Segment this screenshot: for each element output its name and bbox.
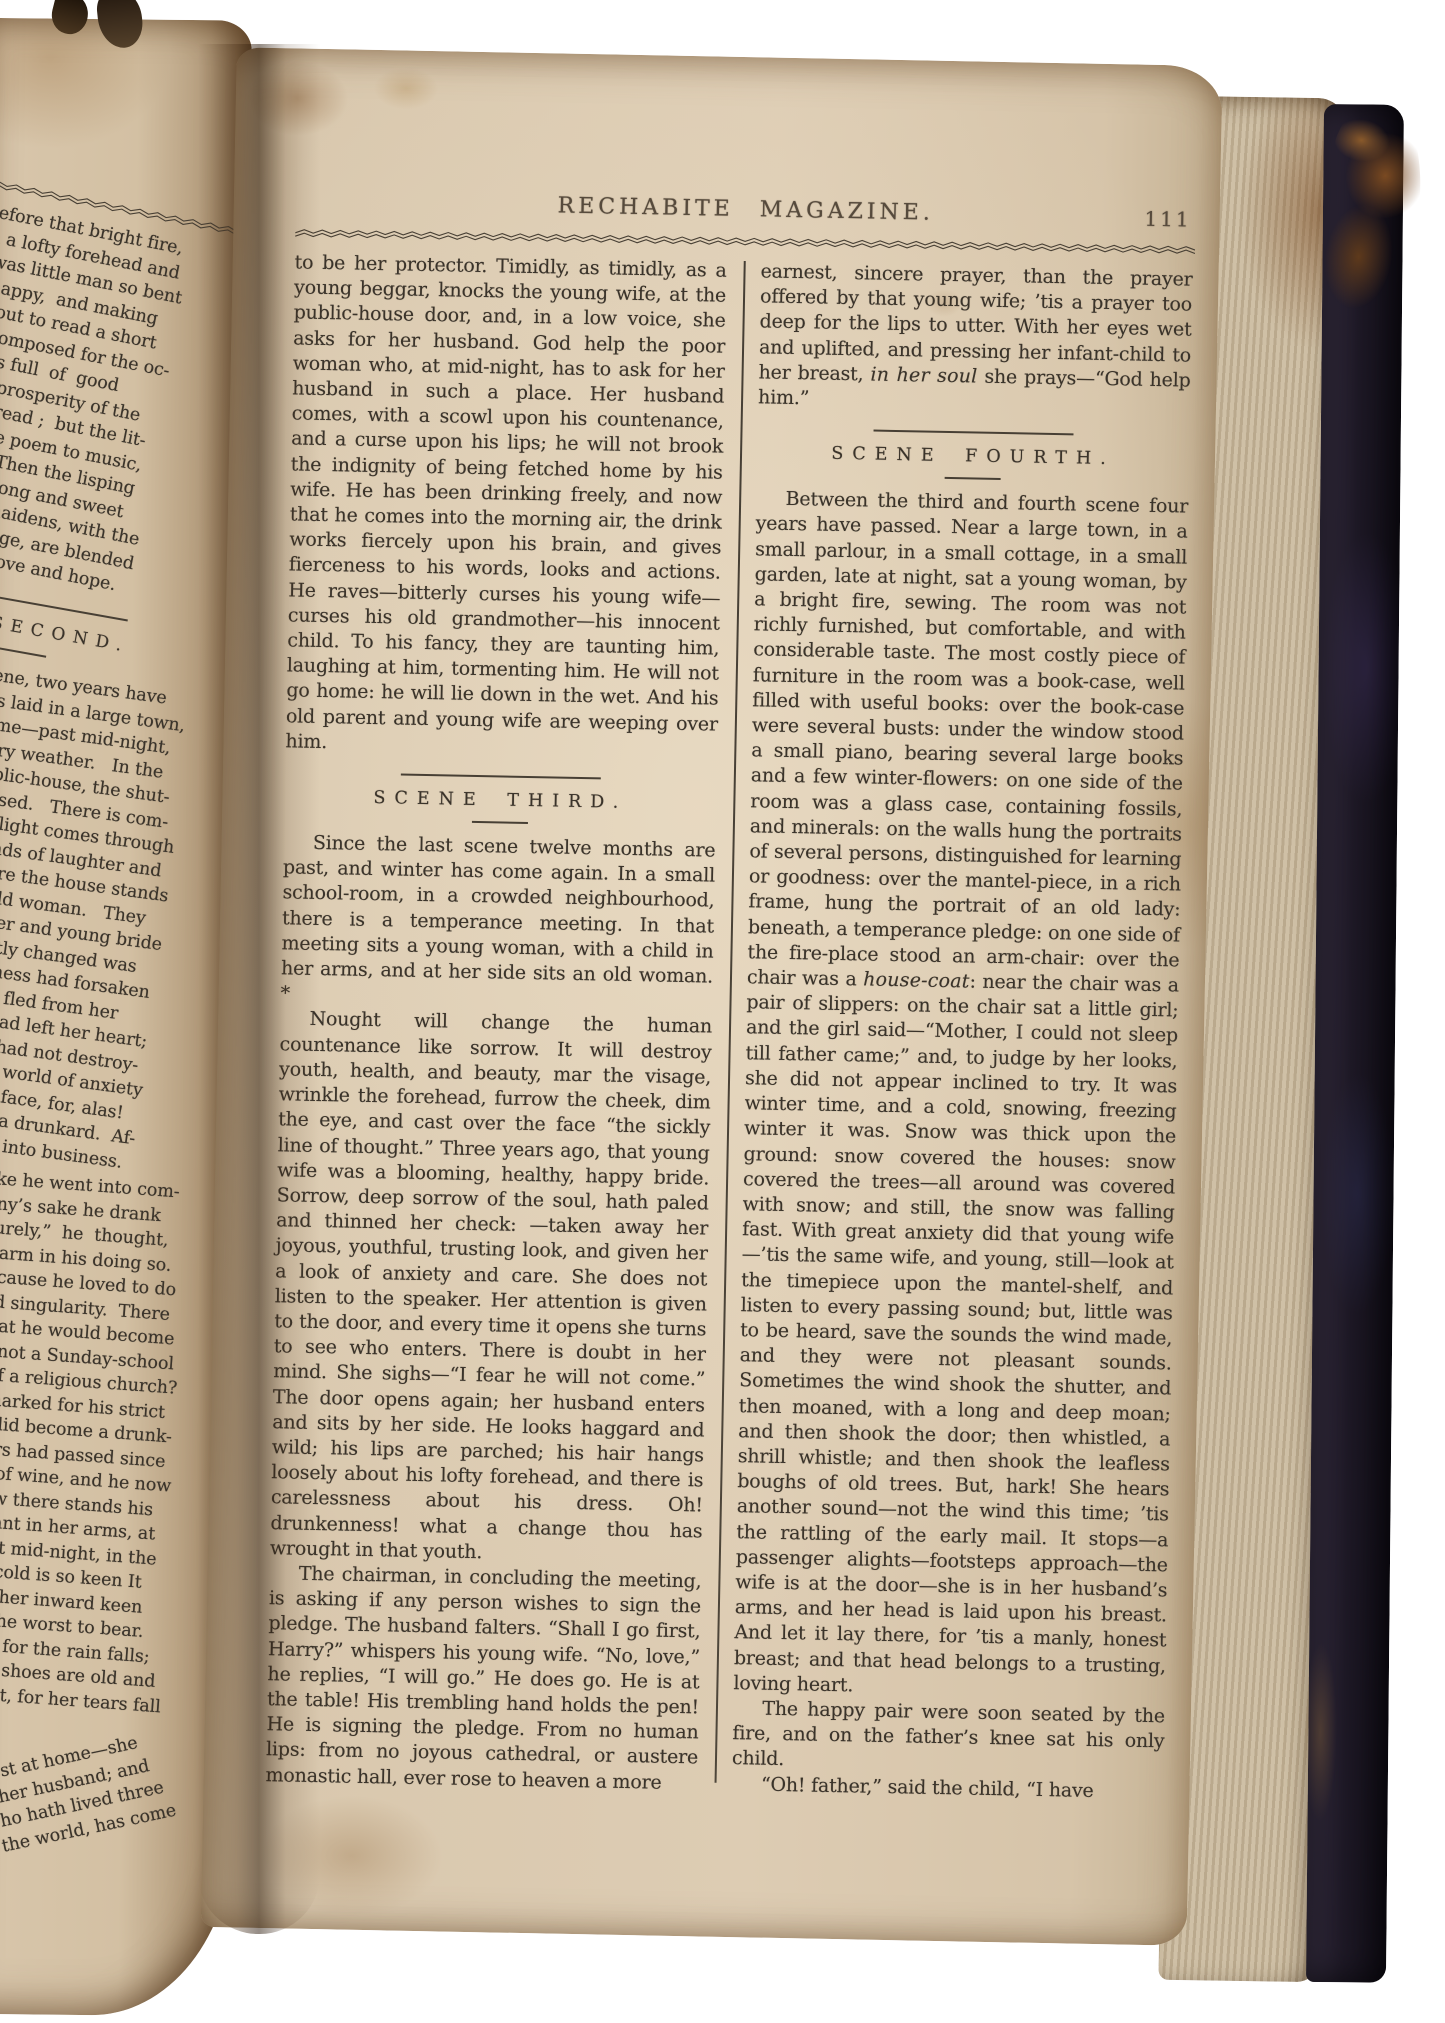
scene-heading: SCENE THIRD. [284,786,716,814]
scene-rule-bottom [0,647,46,657]
page-content: RECHABITE MAGAZINE. 111 to be her protec… [265,188,1196,1805]
scene-heading-block: SCENE FOURTH. [757,428,1190,484]
scene-heading-block: SCENE THIRD. [284,771,717,827]
paragraph: Between the third and fourth scene four … [733,487,1188,1705]
right-column: earnest, sincere prayer, than the prayer… [731,259,1192,1805]
scene-rule-bottom [945,477,1001,480]
left-column: to be her protector. Timidly, as timidly… [265,250,726,1796]
paragraph: The happy pair were soon seated by the f… [732,1696,1165,1780]
right-page: RECHABITE MAGAZINE. 111 to be her protec… [201,47,1223,1946]
paragraph: Nought will change the human countenance… [270,1007,713,1570]
left-page-fragments-middle: cene, two years havel is laid in a large… [0,661,252,1184]
scene-heading: SECOND. [0,612,190,667]
book-cover-edge [1306,104,1404,1983]
paragraph: The chairman, in concluding the meeting,… [265,1561,701,1796]
magazine-title: RECHABITE MAGAZINE. [557,193,934,225]
scene-heading: SCENE FOURTH. [757,443,1189,471]
paragraph: Since the last scene twelve months are p… [280,830,715,1015]
page-header: RECHABITE MAGAZINE. 111 [296,188,1196,235]
text-columns: to be her protector. Timidly, as timidly… [265,250,1194,1805]
paragraph: earnest, sincere prayer, than the prayer… [758,259,1193,418]
scene-rule-top [874,430,1074,436]
left-page-fragment-list: before that bright fire,th a lofty foreh… [0,199,252,612]
scene-rule-top [401,774,601,780]
scene-rule-bottom [472,821,528,824]
left-page-fragments-top: before that bright fire,th a lofty foreh… [0,178,252,612]
book-photo: before that bright fire,th a lofty foreh… [0,0,1445,2023]
paragraph: to be her protector. Timidly, as timidly… [285,250,727,762]
page-number: 111 [1144,207,1192,232]
